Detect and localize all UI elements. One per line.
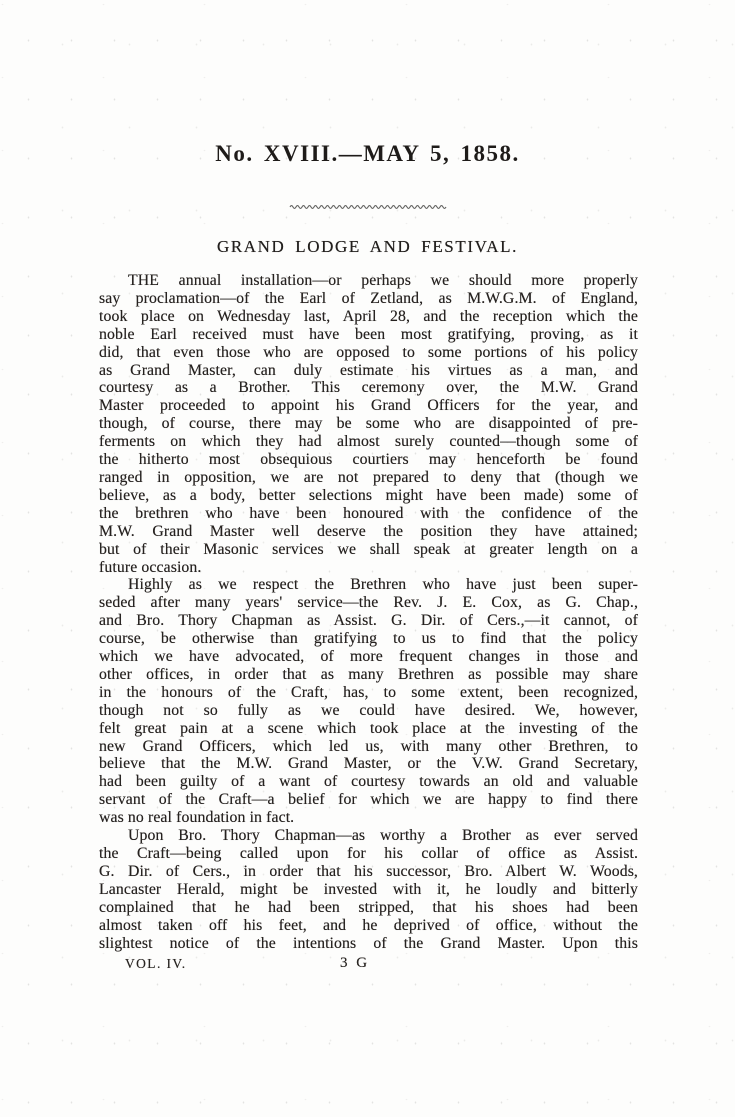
paragraph-3: Upon Bro. Thory Chapman—as worthy a Brot…	[99, 827, 638, 952]
text-line: M.W. Grand Master well deserve the posit…	[99, 523, 638, 541]
text-line: but of their Masonic services we shall s…	[99, 541, 638, 559]
text-line: the brethren who have been honoured with…	[99, 505, 638, 523]
paragraph-1: THE annual installation—or perhaps we sh…	[99, 272, 638, 576]
text-line: as Grand Master, can duly estimate his v…	[99, 362, 638, 380]
text-line: courtesy as a Brother. This ceremony ove…	[99, 379, 638, 397]
text-line: almost taken off his feet, and he depriv…	[99, 917, 638, 935]
signature-mark: 3 G	[340, 955, 370, 972]
text-line: complained that he had been stripped, th…	[99, 899, 638, 917]
text-line: Master proceeded to appoint his Grand Of…	[99, 397, 638, 415]
text-line: believe that the M.W. Grand Master, or t…	[99, 755, 638, 773]
text-line: in the honours of the Craft, has, to som…	[99, 684, 638, 702]
text-line: Lancaster Herald, might be invested with…	[99, 881, 638, 899]
text-line: felt great pain at a scene which took pl…	[99, 720, 638, 738]
text-line: future occasion.	[99, 559, 638, 577]
text-line: servant of the Craft—a belief for which …	[99, 791, 638, 809]
text-line: and Bro. Thory Chapman as Assist. G. Dir…	[99, 612, 638, 630]
text-line: say proclamation—of the Earl of Zetland,…	[99, 290, 638, 308]
text-line: believe, as a body, better selections mi…	[99, 487, 638, 505]
text-line: had been guilty of a want of courtesy to…	[99, 773, 638, 791]
text-line: seded after many years' service—the Rev.…	[99, 594, 638, 612]
text-line: slightest notice of the intentions of th…	[99, 935, 638, 953]
squiggle-divider	[0, 203, 735, 211]
text-line: was no real foundation in fact.	[99, 809, 638, 827]
scanned-page: No. XVIII.—MAY 5, 1858. GRAND LODGE AND …	[0, 0, 735, 1117]
text-line: G. Dir. of Cers., in order that his succ…	[99, 863, 638, 881]
text-line: THE annual installation—or perhaps we sh…	[99, 272, 638, 290]
text-line: Upon Bro. Thory Chapman—as worthy a Brot…	[99, 827, 638, 845]
text-line: which we have advocated, of more frequen…	[99, 648, 638, 666]
text-line: though not so fully as we could have des…	[99, 702, 638, 720]
article-title: GRAND LODGE AND FESTIVAL.	[0, 237, 735, 257]
squiggle-line-icon	[288, 203, 448, 211]
text-line: course, be otherwise than gratifying to …	[99, 630, 638, 648]
text-line: ranged in opposition, we are not prepare…	[99, 469, 638, 487]
page-footer: VOL. IV. 3 G	[99, 956, 638, 976]
volume-label: VOL. IV.	[125, 956, 187, 972]
text-line: new Grand Officers, which led us, with m…	[99, 738, 638, 756]
paragraph-2: Highly as we respect the Brethren who ha…	[99, 576, 638, 827]
text-line: though, of course, there may be some who…	[99, 415, 638, 433]
article-body: THE annual installation—or perhaps we sh…	[99, 272, 638, 952]
text-line: other offices, in order that as many Bre…	[99, 666, 638, 684]
text-line: ferments on which they had almost surely…	[99, 433, 638, 451]
text-line: did, that even those who are opposed to …	[99, 344, 638, 362]
text-line: noble Earl received must have been most …	[99, 326, 638, 344]
text-line: took place on Wednesday last, April 28, …	[99, 308, 638, 326]
text-line: Highly as we respect the Brethren who ha…	[99, 576, 638, 594]
text-line: the hitherto most obsequious courtiers m…	[99, 451, 638, 469]
text-line: the Craft—being called upon for his coll…	[99, 845, 638, 863]
issue-heading: No. XVIII.—MAY 5, 1858.	[0, 0, 735, 167]
